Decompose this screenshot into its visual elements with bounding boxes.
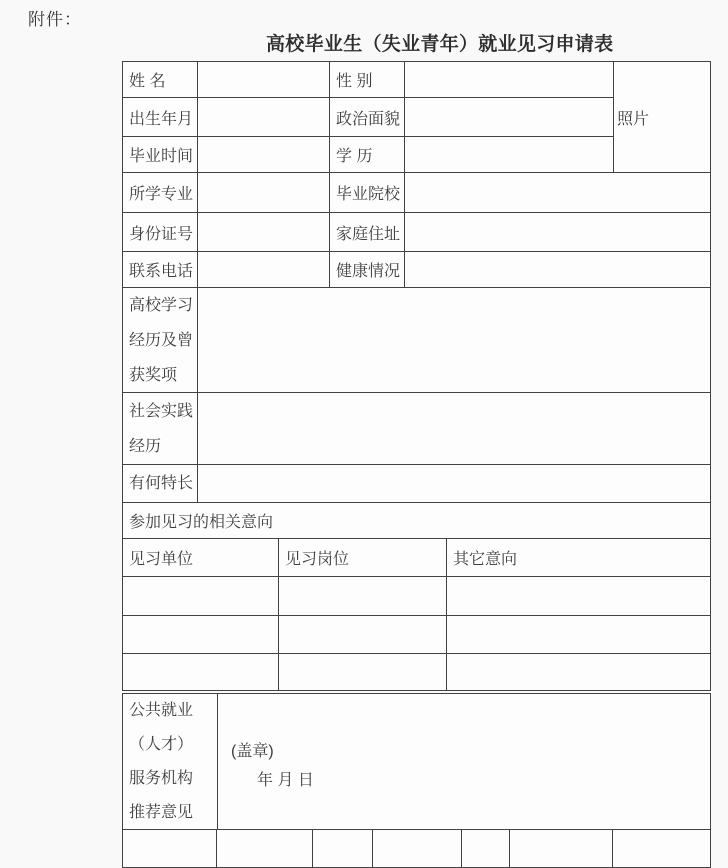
intention-title-section: 参加见习的相关意向: [123, 503, 710, 539]
internship-unit-cell: [123, 577, 279, 616]
gender-value: [405, 62, 614, 98]
internship-post-cell: [279, 654, 447, 690]
major-value: [198, 173, 330, 213]
contact-phone-label: 联系电话: [123, 252, 198, 288]
contact-phone-value: [198, 252, 330, 288]
major-label: 所学专业: [123, 173, 198, 213]
footer-row-section: [123, 830, 710, 867]
health-status-value: [405, 252, 710, 288]
birth-date-label: 出生年月: [123, 98, 198, 137]
other-intention-cell: [447, 616, 710, 654]
footer-cell: [510, 830, 613, 867]
education-label: 学 历: [330, 137, 405, 173]
recommendation-label-line: 服务机构: [129, 762, 193, 796]
college-experience-label: 高校学习经历及曾获奖项: [123, 288, 198, 393]
recommendation-label-line: 公共就业: [129, 694, 193, 728]
social-practice-label: 社会实践经历: [123, 393, 198, 465]
basic-info-photo-section: 姓 名 性 别 照片 出生年月 政治面貌 毕业时间 学 历: [123, 62, 710, 173]
application-form-table: 姓 名 性 别 照片 出生年月 政治面貌 毕业时间 学 历 所学专业 毕业院校 …: [122, 61, 711, 691]
footer-cell: [373, 830, 462, 867]
internship-post-cell: [279, 616, 447, 654]
health-status-label: 健康情况: [330, 252, 405, 288]
footer-cell: [217, 830, 313, 867]
intention-section-title: 参加见习的相关意向: [123, 503, 710, 539]
photo-cell: 照片: [614, 62, 710, 173]
other-intention-cell: [447, 654, 710, 690]
internship-post-header: 见习岗位: [279, 539, 447, 577]
seal-placeholder: (盖章): [231, 738, 274, 761]
recommendation-content-cell: (盖章) 年 月 日: [218, 694, 710, 830]
intention-grid-section: 见习单位 见习岗位 其它意向: [123, 539, 710, 690]
political-status-value: [405, 98, 614, 137]
basic-info-wide-section: 所学专业 毕业院校 身份证号 家庭住址 联系电话 健康情况: [123, 173, 710, 288]
gender-label: 性 别: [330, 62, 405, 98]
recommendation-section: 公共就业 （人才） 服务机构 推荐意见 (盖章) 年 月 日: [123, 694, 710, 830]
internship-post-cell: [279, 577, 447, 616]
home-address-value: [405, 213, 710, 252]
other-intention-cell: [447, 577, 710, 616]
form-title: 高校毕业生（失业青年）就业见习申请表: [266, 29, 613, 56]
recommendation-table: 公共就业 （人才） 服务机构 推荐意见 (盖章) 年 月 日: [122, 693, 711, 868]
political-status-label: 政治面貌: [330, 98, 405, 137]
internship-unit-cell: [123, 616, 279, 654]
experience-section: 高校学习经历及曾获奖项 社会实践经历 有何特长: [123, 288, 710, 503]
other-intention-header: 其它意向: [447, 539, 710, 577]
internship-unit-header: 见习单位: [123, 539, 279, 577]
name-label: 姓 名: [123, 62, 198, 98]
graduation-date-label: 毕业时间: [123, 137, 198, 173]
graduation-school-label: 毕业院校: [330, 173, 405, 213]
home-address-label: 家庭住址: [330, 213, 405, 252]
document-page: 附件： 高校毕业生（失业青年）就业见习申请表 姓 名 性 别 照片 出生年月 政…: [0, 0, 728, 868]
specialty-label: 有何特长: [123, 465, 198, 503]
internship-unit-cell: [123, 654, 279, 690]
recommendation-label-line: 推荐意见: [129, 796, 193, 830]
date-placeholder: 年 月 日: [257, 767, 314, 790]
graduation-school-value: [405, 173, 710, 213]
id-number-value: [198, 213, 330, 252]
specialty-value: [198, 465, 710, 503]
recommendation-label-line: （人才）: [129, 728, 193, 762]
college-experience-value: [198, 288, 710, 393]
social-practice-value: [198, 393, 710, 465]
footer-cell: [613, 830, 710, 867]
birth-date-value: [198, 98, 330, 137]
name-value: [198, 62, 330, 98]
education-value: [405, 137, 614, 173]
recommendation-label: 公共就业 （人才） 服务机构 推荐意见: [123, 694, 218, 830]
footer-cell: [123, 830, 217, 867]
footer-cell: [313, 830, 373, 867]
footer-cell: [462, 830, 510, 867]
graduation-date-value: [198, 137, 330, 173]
attachment-label: 附件：: [28, 5, 82, 30]
id-number-label: 身份证号: [123, 213, 198, 252]
